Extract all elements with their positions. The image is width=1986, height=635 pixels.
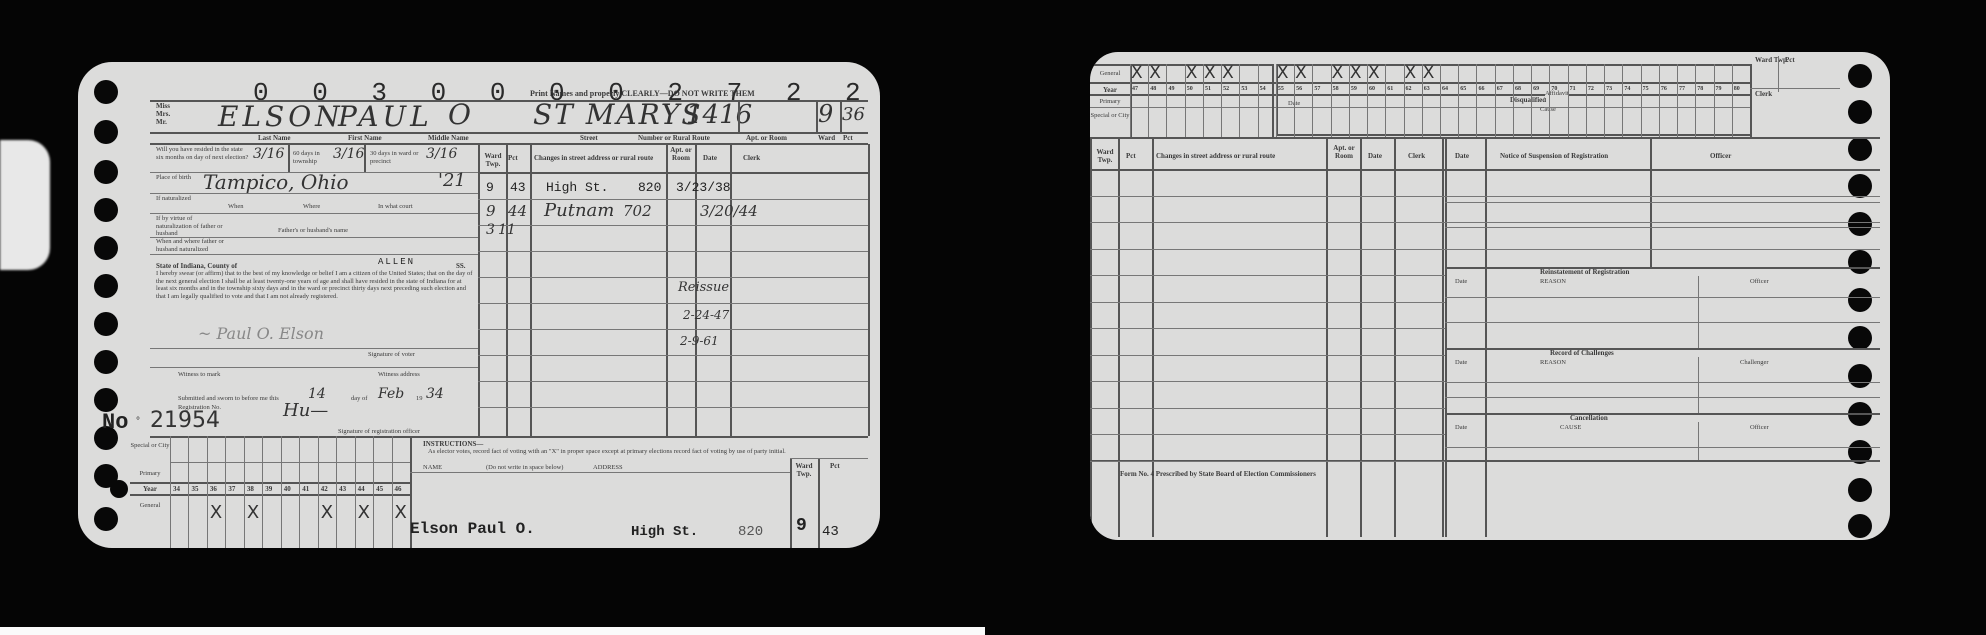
table-row xyxy=(1090,222,1880,223)
street-value: ST MARYS xyxy=(533,98,703,131)
oath-text: I hereby swear (or affirm) that to the b… xyxy=(156,270,474,300)
col-clerk: Clerk xyxy=(1408,152,1425,160)
punch-hole-icon xyxy=(1848,364,1872,388)
year-cell: 80 xyxy=(1734,85,1740,93)
punch-hole-icon xyxy=(94,274,118,298)
general-vote-mark: X xyxy=(1423,64,1435,82)
year-cell: 77 xyxy=(1679,85,1685,93)
col-clerk: Clerk xyxy=(743,154,760,162)
challenges-title: Record of Challenges xyxy=(1550,349,1614,357)
registrar-signature: Hu— xyxy=(283,400,328,421)
general-vote-mark: X xyxy=(1222,64,1234,82)
punch-hole-icon xyxy=(1848,137,1872,161)
punch-hole-icon xyxy=(1848,478,1872,502)
table-row xyxy=(1090,408,1445,409)
year-cell: 62 xyxy=(1406,85,1412,93)
year-cell: 44 xyxy=(358,485,365,493)
punch-hole-icon xyxy=(1848,250,1872,274)
year-cell: 43 xyxy=(339,485,346,493)
col-pct: Pct xyxy=(508,154,518,162)
year-cell: 39 xyxy=(265,485,272,493)
year-cell: 73 xyxy=(1606,85,1612,93)
salutations: MissMrs.Mr. xyxy=(156,102,186,126)
year-cell: 78 xyxy=(1697,85,1703,93)
general-vote-mark: X xyxy=(247,504,259,522)
registration-card-front: 0 0 3 0 0 0 0 2 7 2 2 Print Names and pr… xyxy=(78,62,880,548)
punch-hole-icon xyxy=(94,160,118,184)
table-row xyxy=(1090,461,1445,462)
reinstatement-title: Reinstatement of Registration xyxy=(1540,268,1629,276)
card-edge-tab xyxy=(0,140,50,270)
col-date: Date xyxy=(1368,152,1382,160)
year-cell: 42 xyxy=(321,485,328,493)
punch-hole-icon xyxy=(94,312,118,336)
general-vote-mark: X xyxy=(395,504,407,522)
punch-hole-icon xyxy=(1848,326,1872,350)
ward-value: 9 xyxy=(818,100,833,128)
footer-pct: 43 xyxy=(822,524,839,540)
col-ward: Ward Twp. xyxy=(1092,148,1118,164)
footer-number: 820 xyxy=(738,524,763,540)
table-row xyxy=(1090,381,1445,382)
year-cell: 58 xyxy=(1333,85,1339,93)
footer-ward: 9 xyxy=(796,516,807,536)
table-row xyxy=(1090,249,1880,250)
form-footer: Form No. 4 Prescribed by State Board of … xyxy=(1120,470,1316,478)
year-cell: 67 xyxy=(1497,85,1503,93)
year-cell: 75 xyxy=(1643,85,1649,93)
table-row xyxy=(1090,302,1445,303)
general-vote-mark: X xyxy=(1277,64,1289,82)
year-cell: 53 xyxy=(1241,85,1247,93)
year-cell: 38 xyxy=(247,485,254,493)
scan-border-strip xyxy=(0,627,985,635)
punch-hole-icon xyxy=(1848,514,1872,538)
punch-hole-icon xyxy=(1848,174,1872,198)
header-instruction: Print Names and properly CLEARLY—DO NOT … xyxy=(530,90,755,98)
year-cell: 74 xyxy=(1624,85,1630,93)
general-vote-mark: X xyxy=(321,504,333,522)
table-row xyxy=(1090,434,1445,435)
table-row xyxy=(1090,169,1880,171)
punch-hole-icon xyxy=(1848,64,1872,88)
year-cell: 56 xyxy=(1296,85,1302,93)
year-cell: 57 xyxy=(1314,85,1320,93)
col-ward: Ward Twp. xyxy=(482,152,504,168)
punch-hole-icon xyxy=(1848,212,1872,236)
year-cell: 51 xyxy=(1205,85,1211,93)
col-pct: Pct xyxy=(1126,152,1136,160)
year-cell: 36 xyxy=(210,485,217,493)
year-cell: 35 xyxy=(191,485,198,493)
year-cell: 66 xyxy=(1478,85,1484,93)
punch-hole-icon xyxy=(94,120,118,144)
general-vote-mark: X xyxy=(210,504,222,522)
reissue-note: Reissue xyxy=(678,280,729,295)
year-cell: 40 xyxy=(284,485,291,493)
year-cell: 59 xyxy=(1351,85,1357,93)
footer-address: High St. xyxy=(631,524,698,540)
punch-hole-icon xyxy=(94,80,118,104)
general-vote-mark: X xyxy=(1149,64,1161,82)
table-row xyxy=(1090,275,1445,276)
general-vote-mark: X xyxy=(1131,64,1143,82)
general-vote-mark: X xyxy=(1295,64,1307,82)
punch-hole-icon xyxy=(1848,288,1872,312)
table-row xyxy=(1090,328,1445,329)
col-apt: Apt. or Room xyxy=(668,146,694,162)
col-address: Changes in street address or rural route xyxy=(1156,152,1324,160)
footer-name: Elson Paul O. xyxy=(410,520,535,538)
year-cell: 60 xyxy=(1369,85,1375,93)
cancellation-title: Cancellation xyxy=(1570,414,1608,422)
year-cell: 45 xyxy=(376,485,383,493)
punch-hole-icon xyxy=(94,198,118,222)
first-name-value: PAUL xyxy=(338,100,433,133)
year-cell: 69 xyxy=(1533,85,1539,93)
year-cell: 37 xyxy=(228,485,235,493)
year-cell: 79 xyxy=(1716,85,1722,93)
reissue-date-1: 2-24-47 xyxy=(683,308,729,322)
year-cell: 71 xyxy=(1570,85,1576,93)
table-row xyxy=(1090,355,1445,356)
middle-name-value: O xyxy=(448,98,471,131)
table-row xyxy=(1090,196,1880,197)
general-vote-mark: X xyxy=(1332,64,1344,82)
year-cell: 64 xyxy=(1442,85,1448,93)
year-cell: 34 xyxy=(173,485,180,493)
col-date: Date xyxy=(703,154,717,162)
col-apt: Apt. or Room xyxy=(1330,144,1358,160)
registration-card-back: General Year Primary Special or City Dat… xyxy=(1090,52,1890,540)
punch-hole-icon xyxy=(94,388,118,412)
year-cell: 48 xyxy=(1150,85,1156,93)
year-cell: 41 xyxy=(302,485,309,493)
general-vote-mark: X xyxy=(1204,64,1216,82)
voter-signature: ~ Paul O. Elson xyxy=(198,324,324,343)
year-cell: 70 xyxy=(1551,85,1557,93)
year-cell: 68 xyxy=(1515,85,1521,93)
year-cell: 76 xyxy=(1661,85,1667,93)
year-cell: 47 xyxy=(1132,85,1138,93)
registration-number: 21954 xyxy=(150,408,220,433)
punch-hole-icon xyxy=(110,480,128,498)
reg-number-prefix: No xyxy=(102,410,128,435)
suspension-title: Notice of Suspension of Registration xyxy=(1500,152,1608,160)
punch-hole-icon xyxy=(94,507,118,531)
punch-hole-icon xyxy=(94,236,118,260)
year-cell: 50 xyxy=(1187,85,1193,93)
col-address: Changes in street address or rural route xyxy=(534,154,664,162)
general-vote-mark: X xyxy=(1405,64,1417,82)
year-cell: 63 xyxy=(1424,85,1430,93)
year-cell: 61 xyxy=(1387,85,1393,93)
general-vote-mark: X xyxy=(1350,64,1362,82)
year-cell: 55 xyxy=(1278,85,1284,93)
punch-hole-icon xyxy=(94,350,118,374)
year-cell: 49 xyxy=(1168,85,1174,93)
general-vote-mark: X xyxy=(1186,64,1198,82)
punch-hole-icon xyxy=(1848,100,1872,124)
county-value: ALLEN xyxy=(378,257,415,267)
house-number-value: 1416 xyxy=(686,100,752,130)
general-vote-mark: X xyxy=(358,504,370,522)
last-name-value: ELSON xyxy=(218,100,344,133)
year-cell: 46 xyxy=(395,485,402,493)
pct-value: 36 xyxy=(842,104,865,125)
general-vote-mark: X xyxy=(1368,64,1380,82)
reissue-date-2: 2-9-61 xyxy=(680,334,719,348)
year-cell: 52 xyxy=(1223,85,1229,93)
year-cell: 65 xyxy=(1460,85,1466,93)
year-cell: 72 xyxy=(1588,85,1594,93)
year-cell: 54 xyxy=(1260,85,1266,93)
